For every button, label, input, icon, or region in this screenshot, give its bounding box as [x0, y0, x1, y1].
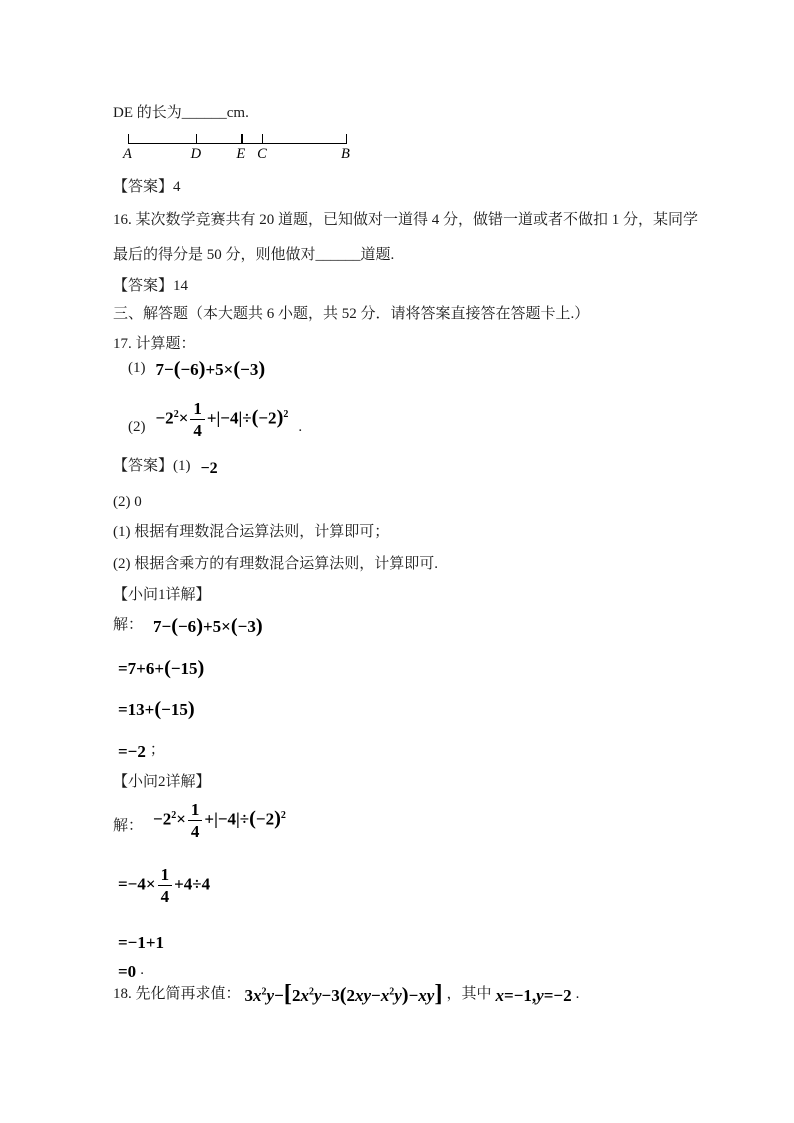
solution-1-formula: 7−(−6)+5×(−3)	[153, 616, 263, 637]
question-18-period: .	[576, 984, 580, 1006]
point-label-E: E	[236, 146, 245, 163]
question-18-values: x=−1,y=−2	[496, 986, 572, 1006]
solution-2-step-1: =−4×14+4÷4	[118, 866, 210, 905]
solution-1-step-2: =13+(−15)	[118, 699, 195, 720]
answer-label: 【答案】(1)	[113, 456, 191, 478]
solution-1-step-3: =−2 ；	[118, 740, 165, 762]
tick-D: D	[196, 134, 197, 144]
part2-label: (2)	[128, 417, 146, 439]
part1-formula: 7−(−6)+5×(−3)	[156, 359, 266, 380]
solution-1-step-3-math: =−2	[118, 742, 146, 762]
detail-2-heading: 【小问2详解】	[113, 772, 211, 792]
tick-B: B	[346, 134, 347, 144]
question-18-lead: 18. 先化简再求值：	[113, 984, 241, 1006]
question-17-answer1: 【答案】(1) −2	[113, 456, 218, 478]
solution-2-step-3: =0 .	[118, 960, 144, 982]
solution-2-step-3-math: =0	[118, 962, 136, 982]
solution-1-start: 解： 7−(−6)+5×(−3)	[113, 615, 263, 637]
question-16-line1: 16. 某次数学竞赛共有 20 道题，已知做对一道得 4 分，做错一道或者不做扣…	[113, 210, 698, 230]
question-17-note1: (1) 根据有理数混合运算法则，计算即可；	[113, 522, 389, 542]
solution-2-formula: −22×14+|−4|÷(−2)2	[153, 801, 286, 840]
question-17-title: 17. 计算题：	[113, 334, 196, 354]
question-18-mid: ，其中	[447, 984, 492, 1006]
document-page: DE 的长为______cm. ADECB 【答案】4 16. 某次数学竞赛共有…	[0, 0, 794, 1123]
question-15-answer: 【答案】4	[113, 177, 181, 197]
number-line-diagram: ADECB	[128, 134, 346, 166]
point-label-A: A	[123, 146, 132, 163]
question-18-formula: 3x2y−[2x2y−3(2xy−x2y)−xy]	[245, 982, 443, 1007]
section-3-header: 三、解答题（本大题共 6 小题，共 52 分．请将答案直接答在答题卡上.）	[113, 304, 589, 324]
solution-2-step-2: =−1+1	[118, 933, 164, 953]
question-17-part2: (2) −22×14+|−4|÷(−2)2 .	[128, 400, 302, 439]
solution-prefix: 解：	[113, 615, 143, 637]
part2-formula: −22×14+|−4|÷(−2)2	[156, 400, 289, 439]
question-17-answer2: (2) 0	[113, 492, 142, 512]
solution-2-start: 解： −22×14+|−4|÷(−2)2	[113, 801, 286, 840]
point-label-D: D	[191, 146, 201, 163]
solution-2-step-3-punct: .	[140, 960, 144, 982]
question-16-line2: 最后的得分是 50 分，则他做对______道题.	[113, 245, 394, 265]
point-label-C: C	[257, 146, 267, 163]
answer1-value: −2	[201, 459, 218, 478]
question-16-answer: 【答案】14	[113, 276, 188, 296]
point-label-B: B	[341, 146, 350, 163]
solution-1-step-1: =7+6+(−15)	[118, 658, 204, 679]
part1-label: (1)	[128, 358, 146, 380]
tick-A: A	[128, 134, 129, 144]
solution-prefix-2: 解：	[113, 816, 143, 840]
question-15-prompt: DE 的长为______cm.	[113, 103, 249, 123]
detail-1-heading: 【小问1详解】	[113, 585, 211, 605]
solution-1-step-3-punct: ；	[150, 740, 165, 762]
part2-period: .	[298, 417, 302, 439]
question-17-note2: (2) 根据含乘方的有理数混合运算法则，计算即可.	[113, 554, 438, 574]
question-18: 18. 先化简再求值： 3x2y−[2x2y−3(2xy−x2y)−xy] ，其…	[113, 982, 579, 1007]
question-17-part1: (1) 7−(−6)+5×(−3)	[128, 358, 265, 380]
tick-C: C	[262, 134, 263, 144]
tick-E: E	[241, 134, 242, 144]
number-line-segment	[128, 143, 346, 144]
